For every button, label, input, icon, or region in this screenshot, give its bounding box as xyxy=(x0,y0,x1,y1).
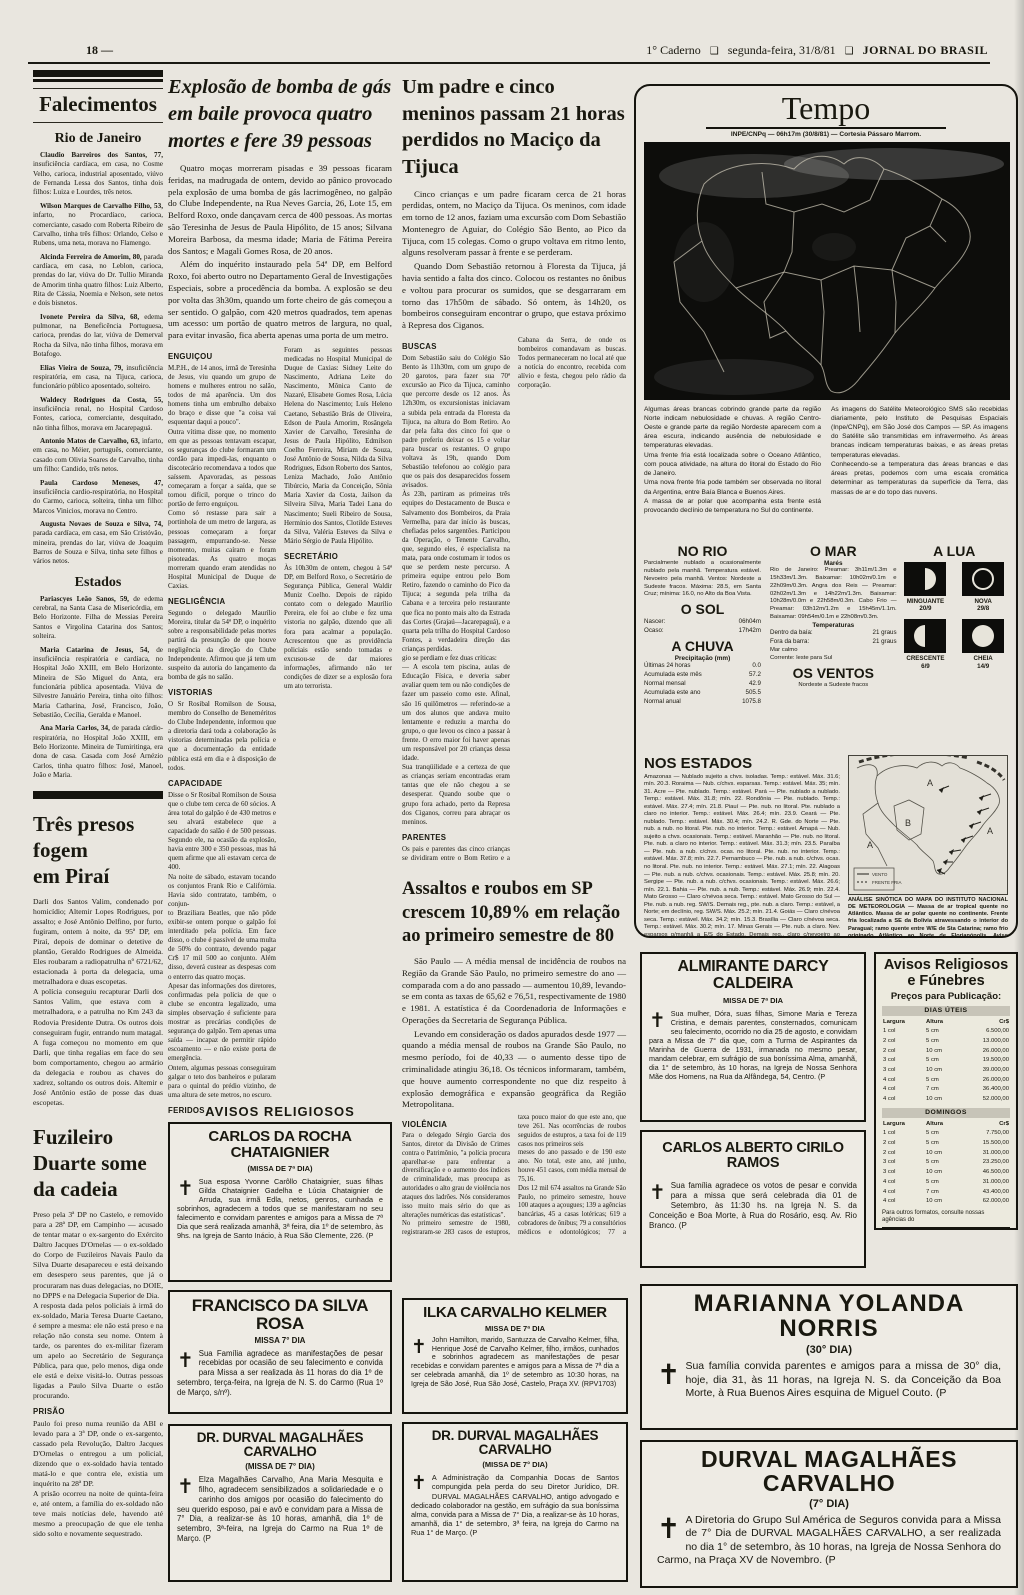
notice-subtitle: (7° DIA) xyxy=(649,1498,1009,1510)
notice-title: ALMIRANTE DARCY CALDEIRA xyxy=(649,959,857,993)
sea-extra: Mar calmo Corrente: leste para Sul xyxy=(770,647,897,663)
moon-full-icon xyxy=(962,619,1004,653)
sea-wind-cell: O MAR Marés Rio de Janeiro: Preamar: 3h1… xyxy=(766,541,901,753)
rule xyxy=(706,127,946,129)
cross-icon: ✝ xyxy=(411,1474,427,1493)
page-number: 18 — xyxy=(86,43,113,58)
explosion-paragraphs: M.P.H., de 14 anos, irmã de Teresinha de… xyxy=(168,364,276,591)
states-heading: NOS ESTADOS xyxy=(644,755,840,772)
price-row: 2 col10 cm31.000,00 xyxy=(882,1149,1010,1159)
explosion-paragraphs: Às 10h30m de ontem, chegou à 54ª DP, em … xyxy=(284,564,392,691)
escape-story-body: Darli dos Santos Valim, condenado por ho… xyxy=(33,897,163,1107)
svg-text:VENTO: VENTO xyxy=(872,872,888,877)
cross-icon: ✝ xyxy=(649,1010,666,1030)
sea-heading: O MAR xyxy=(770,543,897,559)
explosion-paragraphs: to Braziliara Beatles, que não pôde exib… xyxy=(168,909,276,1100)
obituaries-rio-heading: Rio de Janeiro xyxy=(33,131,163,147)
notice-body: ✝ Sua Família agradece as manifestações … xyxy=(177,1349,383,1398)
notice-durval-missa: DR. DURVAL MAGALHÃES CARVALHO (MISSA DE … xyxy=(168,1424,392,1582)
priest-body: BUSCAS Dom Sebastião saiu do Colégio São… xyxy=(402,336,626,864)
svg-text:A: A xyxy=(867,840,873,850)
price-row: 2 col5 cm15.500,00 xyxy=(882,1139,1010,1149)
obituary-entry: Ana Maria Carlos, 34, de parada cárdio-r… xyxy=(33,724,163,780)
marine-story-body-2: Paulo foi preso numa reunião da ABI e le… xyxy=(33,1419,163,1539)
notice-body: ✝ Sua mulher, Dóra, suas filhas, Simone … xyxy=(649,1009,857,1081)
obituary-entry: Augusta Novaes de Souza e Silva, 74, par… xyxy=(33,520,163,567)
explosion-paragraphs: O Sr Rosibal Romilson de Sousa, membro d… xyxy=(168,700,276,773)
satellite-map xyxy=(644,142,1010,400)
newspaper-page: 18 — 1° Caderno ❑ segunda-feira, 31/8/81… xyxy=(0,0,1024,1595)
notice-francisco: FRANCISCO DA SILVA ROSA MISSA 7° DIA ✝ S… xyxy=(168,1290,392,1414)
crime-body: VIOLÊNCIA Para o delegado Sérgio Garcia … xyxy=(402,1114,626,1242)
cross-icon: ✝ xyxy=(657,1515,680,1543)
weather-title: Tempo xyxy=(644,92,1008,126)
sun-row: Nascer:06h04m xyxy=(644,618,761,627)
masthead: 18 — 1° Caderno ❑ segunda-feira, 31/8/81… xyxy=(28,36,990,64)
price-row: 4 col10 cm52.000,00 xyxy=(882,1095,1010,1105)
pricing-box: Avisos Religiosos e Fúnebres Preços para… xyxy=(874,952,1018,1230)
price-row: 4 col5 cm31.000,00 xyxy=(882,1178,1010,1188)
notice-body: ✝ Sua família agradece os votos de pesar… xyxy=(649,1181,857,1231)
explosion-headline: Explosão de bomba de gás em baile provoc… xyxy=(168,74,392,155)
pricing-title: Avisos Religiosos e Fúnebres xyxy=(882,958,1010,989)
no-rio-text: Parcialmente nublado a ocasionalmente nu… xyxy=(644,560,761,600)
svg-text:FRENTE FRIA: FRENTE FRIA xyxy=(872,880,902,885)
religious-notices-header: AVISOS RELIGIOSOS xyxy=(168,1104,392,1119)
crime-lead-p2: Levando em consideração os dados apurado… xyxy=(402,1029,626,1111)
sea-temp-subhead: Temperaturas xyxy=(770,622,897,629)
divider-bar xyxy=(33,791,163,799)
sea-subhead: Marés xyxy=(770,560,897,567)
marine-story-subhead: PRISÃO xyxy=(33,1407,163,1416)
crime-lead-p1: São Paulo — A média mensal de incidência… xyxy=(402,956,626,1027)
rain-row: Acumulada este mês57.2 xyxy=(644,671,761,680)
obituaries-estados-heading: Estados xyxy=(33,575,163,591)
weekday-price-table: LarguraAlturaCr$ 1 col5 cm6.500,00 2 col… xyxy=(882,1018,1010,1105)
rain-row: Normal mensal42.9 xyxy=(644,680,761,689)
sunday-band: DOMINGOS xyxy=(882,1108,1010,1118)
obituary-entry: Alcinda Ferreira de Amorim, 80, parada c… xyxy=(33,253,163,309)
explosion-subhead: NEGLIGÊNCIA xyxy=(168,597,276,606)
notice-body: ✝ John Hamilton, marido, Santuzza de Car… xyxy=(411,1337,619,1390)
notice-body: ✝ Sua esposa Yvonne Carôllo Chataignier,… xyxy=(177,1177,383,1241)
crime-lead: São Paulo — A média mensal de incidência… xyxy=(402,956,626,1111)
satellite-captions: Algumas áreas brancas cobrindo grande pa… xyxy=(644,405,1008,537)
notice-subtitle: (MISSA DE 7° DIA) xyxy=(177,1462,383,1471)
priest-lead-p2: Quando Dom Sebastião retornou à Floresta… xyxy=(402,261,626,332)
explosion-paragraphs: Disse o Sr Rosibal Romilson de Sousa que… xyxy=(168,791,276,909)
obituaries-title: Falecimentos xyxy=(33,88,163,123)
obituary-entry: Paula Cardoso Meneses, 47, insuficiência… xyxy=(33,479,163,516)
weekday-band: DIAS ÚTEIS xyxy=(882,1006,1010,1016)
price-row: 3 col5 cm23.250,00 xyxy=(882,1158,1010,1168)
sun-heading: O SOL xyxy=(644,601,761,617)
explosion-story: Explosão de bomba de gás em baile provoc… xyxy=(168,74,392,1118)
price-row: 4 col5 cm26.000,00 xyxy=(882,1076,1010,1086)
no-rio-heading: NO RIO xyxy=(644,543,761,559)
cross-icon: ✝ xyxy=(177,1350,194,1370)
notice-title: DURVAL MAGALHÃES CARVALHO xyxy=(649,1447,1009,1495)
divider-bar xyxy=(33,79,163,82)
obituary-entry: Elias Vieira de Souza, 79, insuficiência… xyxy=(33,364,163,392)
obituary-entry: Wilson Marques de Carvalho Filho, 53, in… xyxy=(33,202,163,249)
price-row: 2 col5 cm13.000,00 xyxy=(882,1037,1010,1047)
pricing-subtitle: Preços para Publicação: xyxy=(882,992,1010,1002)
notice-subtitle: (MISSA DE 7ª DIA) xyxy=(177,1164,383,1173)
obituary-entry: Maria Catarina de Jesus, 54, de insufici… xyxy=(33,646,163,721)
notice-cirilo: CARLOS ALBERTO CIRILO RAMOS ✝ Sua famíli… xyxy=(640,1130,866,1268)
explosion-paragraphs: Foram as seguintes pessoas medicadas no … xyxy=(284,346,392,546)
divider-bar xyxy=(33,70,163,77)
rain-heading: A CHUVA xyxy=(644,638,761,654)
moon-cell: A LUA MINGUANTE 20/9 NOVA 29/8 CRESCENTE… xyxy=(901,541,1008,753)
notice-subtitle: MISSA DE 7ª DIA xyxy=(649,996,857,1005)
moon-phase: CRESCENTE 6/9 xyxy=(901,619,951,671)
price-row: 1 col5 cm6.500,00 xyxy=(882,1027,1010,1037)
obituary-entry: Claudio Barreiros dos Santos, 77, insufi… xyxy=(33,151,163,198)
synoptic-column: A B A A xyxy=(848,755,1008,938)
cross-icon: ✝ xyxy=(177,1178,194,1198)
crime-subhead: VIOLÊNCIA xyxy=(402,1120,510,1129)
explosion-subhead: ENGUIÇOU xyxy=(168,352,276,361)
notice-subtitle: (MISSA DE 7° DIA) xyxy=(411,1460,619,1469)
notice-chataignier: CARLOS DA ROCHA CHATAIGNIER (MISSA DE 7ª… xyxy=(168,1122,392,1282)
svg-text:A: A xyxy=(987,826,993,836)
caderno-label: 1° Caderno xyxy=(646,43,700,57)
jb-logo: JORNAL DO BRASIL xyxy=(882,1227,1010,1230)
notice-caldeira: ALMIRANTE DARCY CALDEIRA MISSA DE 7ª DIA… xyxy=(640,952,866,1122)
sun-row: Ocaso:17h42m xyxy=(644,627,761,636)
moon-phase: MINGUANTE 20/9 xyxy=(901,562,951,614)
notice-durval7: DURVAL MAGALHÃES CARVALHO (7° DIA) ✝ A D… xyxy=(640,1440,1018,1588)
notice-title: DR. DURVAL MAGALHÃES CARVALHO xyxy=(411,1429,619,1457)
masthead-right: 1° Caderno ❑ segunda-feira, 31/8/81 ❑ JO… xyxy=(646,43,988,58)
priest-lead-p1: Cinco crianças e um padre ficaram cerca … xyxy=(402,189,626,260)
synoptic-map: A B A A xyxy=(848,755,1008,895)
priest-paragraphs: Dom Sebastião saiu do Colégio São Bento … xyxy=(402,354,510,654)
priest-subhead: PARENTES xyxy=(402,833,510,842)
states-text: Amazonas — Nublado sujeito a chvs. isola… xyxy=(644,774,840,938)
cross-icon: ✝ xyxy=(649,1182,666,1202)
explosion-lead-p1: Quatro moças morreram pisadas e 39 pesso… xyxy=(168,163,392,257)
price-row: 3 col10 cm46.500,00 xyxy=(882,1168,1010,1178)
cross-icon: ✝ xyxy=(177,1476,194,1496)
notice-title: MARIANNA YOLANDA NORRIS xyxy=(649,1291,1009,1341)
obituary-entry: Ivonete Pereira da Silva, 68, edema pulm… xyxy=(33,313,163,360)
svg-text:A: A xyxy=(927,778,933,788)
moon-new-icon xyxy=(962,562,1004,596)
marine-story-headline: Fuzileiro Duarte some da cadeia xyxy=(33,1124,163,1203)
newspaper-name: JORNAL DO BRASIL xyxy=(863,43,988,57)
satellite-caption-left: Algumas áreas brancas cobrindo grande pa… xyxy=(644,405,821,537)
rain-row: Últimas 24 horas0.0 xyxy=(644,662,761,671)
explosion-paragraphs: Segundo o delegado Maurílio Moreira, tit… xyxy=(168,609,276,682)
price-row: 1 col5 cm7.750,00 xyxy=(882,1129,1010,1139)
notice-subtitle: MISSA 7° DIA xyxy=(177,1336,383,1345)
moon-phase: NOVA 29/8 xyxy=(958,562,1008,614)
notice-title: ILKA CARVALHO KELMER xyxy=(411,1305,619,1321)
moon-phase: CHEIA 14/9 xyxy=(958,619,1008,671)
states-row: NOS ESTADOS Amazonas — Nublado sujeito a… xyxy=(644,755,1008,938)
states-forecast: NOS ESTADOS Amazonas — Nublado sujeito a… xyxy=(644,755,840,938)
notice-title: CARLOS ALBERTO CIRILO RAMOS xyxy=(649,1141,857,1171)
priest-subhead: BUSCAS xyxy=(402,342,510,351)
notice-title: FRANCISCO DA SILVA ROSA xyxy=(177,1297,383,1333)
cross-icon: ✝ xyxy=(657,1361,680,1389)
explosion-body: ENGUIÇOU M.P.H., de 14 anos, irmã de Ter… xyxy=(168,346,392,1118)
rain-subhead: Precipitação (mm) xyxy=(644,655,761,662)
notice-body: ✝ Elza Magalhães Carvalho, Ana Maria Mes… xyxy=(177,1475,383,1543)
escape-story-headline: Três presos fogem em Piraí xyxy=(33,811,163,890)
notice-body: ✝ Sua família convida parentes e amigos … xyxy=(649,1360,1009,1399)
weather-row: NO RIO Parcialmente nublado a ocasionalm… xyxy=(644,541,1008,753)
notice-body: ✝ A Diretoria do Grupo Sul América de Se… xyxy=(649,1514,1009,1567)
rain-row: Normal anual1075.8 xyxy=(644,698,761,707)
notice-title: CARLOS DA ROCHA CHATAIGNIER xyxy=(177,1129,383,1161)
checkbox-icon: ❑ xyxy=(839,46,860,57)
price-row: 4 col10 cm62.000,00 xyxy=(882,1197,1010,1207)
notice-norris: MARIANNA YOLANDA NORRIS (30° DIA) ✝ Sua … xyxy=(640,1284,1018,1430)
price-row: 4 col7 cm36.400,00 xyxy=(882,1085,1010,1095)
priest-lead: Cinco crianças e um padre ficaram cerca … xyxy=(402,189,626,332)
satellite-caption-right: As imagens do Satélite Meteorológico SMS… xyxy=(831,405,1008,537)
priest-headline: Um padre e cinco meninos passam 21 horas… xyxy=(402,74,626,181)
notice-title: DR. DURVAL MAGALHÃES CARVALHO xyxy=(177,1431,383,1459)
moon-waxing-icon xyxy=(904,619,946,653)
notice-ilka: ILKA CARVALHO KELMER MISSA DE 7ª DIA ✝ J… xyxy=(402,1298,628,1414)
obituary-entry: Antonio Matos de Carvalho, 63, infarto, … xyxy=(33,437,163,474)
priest-story: Um padre e cinco meninos passam 21 horas… xyxy=(402,74,626,1242)
notice-body: ✝ A Administração da Companhia Docas de … xyxy=(411,1473,619,1537)
explosion-subhead: SECRETÁRIO xyxy=(284,552,392,561)
notice-subtitle: (30° DIA) xyxy=(649,1344,1009,1356)
explosion-lead: Quatro moças morreram pisadas e 39 pesso… xyxy=(168,163,392,342)
winds-text: Nordeste a Sudeste fracos xyxy=(770,682,897,690)
explosion-subhead: CAPACIDADE xyxy=(168,779,276,788)
price-row: 3 col5 cm19.500,00 xyxy=(882,1056,1010,1066)
obituary-entry: Pariascyes Leão Sanos, 59, de edema cere… xyxy=(33,595,163,642)
synoptic-caption: ANÁLISE SINÓTICA DO MAPA DO INSTITUTO NA… xyxy=(848,897,1008,938)
price-row: 4 col7 cm43.400,00 xyxy=(882,1188,1010,1198)
sunday-price-table: LarguraAlturaCr$ 1 col5 cm7.750,00 2 col… xyxy=(882,1120,1010,1207)
price-row: 3 col10 cm39.000,00 xyxy=(882,1066,1010,1076)
marine-story-body: Preso pela 3ª DP no Castelo, e removido … xyxy=(33,1210,163,1400)
date-label: segunda-feira, 31/8/81 xyxy=(728,43,836,57)
crime-headline: Assaltos e roubos em SP crescem 10,89% e… xyxy=(402,878,626,949)
moon-waning-icon xyxy=(904,562,946,596)
explosion-lead-p2: Além do inquérito instaurado pela 54ª DP… xyxy=(168,259,392,341)
explosion-subhead: VISTORIAS xyxy=(168,688,276,697)
priest-paragraphs: gio se perdiam e fez duas críticas: — A … xyxy=(402,654,510,827)
price-row: 2 col10 cm26.000,00 xyxy=(882,1047,1010,1057)
pricing-note: Para outros formatos, consulte nossas ag… xyxy=(882,1210,1010,1224)
notice-subtitle: MISSA DE 7ª DIA xyxy=(411,1324,619,1333)
winds-heading: OS VENTOS xyxy=(770,665,897,681)
sea-temp-row: Fora da barra:21 graus xyxy=(770,638,897,647)
rio-sun-rain-cell: NO RIO Parcialmente nublado a ocasionalm… xyxy=(644,541,766,753)
weather-box: Tempo INPE/CNPq — 06h17m (30/8/81) — Cor… xyxy=(634,84,1018,938)
cross-icon: ✝ xyxy=(411,1338,427,1357)
moon-heading: A LUA xyxy=(901,543,1008,559)
weather-credit: INPE/CNPq — 06h17m (30/8/81) — Cortesia … xyxy=(644,131,1008,138)
rain-row: Acumulada este ano505.5 xyxy=(644,689,761,698)
svg-text:B: B xyxy=(905,818,911,828)
sea-temp-row: Dentro da baía:21 graus xyxy=(770,629,897,638)
notice-docas: DR. DURVAL MAGALHÃES CARVALHO (MISSA DE … xyxy=(402,1422,628,1582)
left-column: Falecimentos Rio de Janeiro Claudio Barr… xyxy=(33,70,163,1582)
checkbox-icon: ❑ xyxy=(704,46,725,57)
obituary-entry: Waldecy Rodrigues da Costa, 55, insufici… xyxy=(33,396,163,433)
tide-text: Rio de Janeiro: Preamar: 3h11m/1.3m e 15… xyxy=(770,567,897,623)
